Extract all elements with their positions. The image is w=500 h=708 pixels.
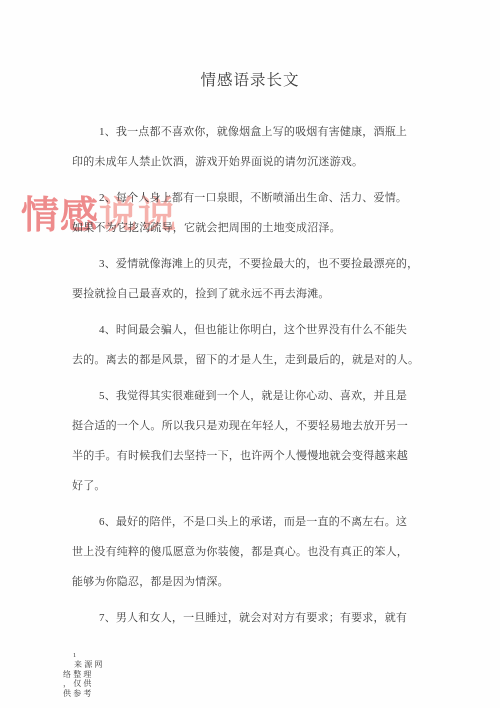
footnote-line: 供参考 (63, 689, 105, 699)
page-title: 情感语录长文 (0, 70, 500, 92)
paragraph-line: 能够为你隐忍，都是因为情深。 (72, 567, 442, 597)
paragraph-line: 好了。 (72, 471, 442, 501)
paragraph-line: 半的手。有时候我们去坚持一下，也许两个人慢慢地就会变得越来越 (72, 441, 442, 471)
paragraph-line: 3、爱情就像海滩上的贝壳，不要捡最大的，也不要捡最漂亮的， (72, 249, 442, 279)
paragraph-1: 1、我一点都不喜欢你，就像烟盒上写的吸烟有害健康，酒瓶上 印的未成年人禁止饮酒，… (72, 117, 442, 177)
paragraph-line: 4、时间最会骗人，但也能让你明白，这个世界没有什么不能失 (72, 315, 442, 345)
paragraph-line: 1、我一点都不喜欢你，就像烟盒上写的吸烟有害健康，酒瓶上 (72, 117, 442, 147)
paragraph-line: 6、最好的陪伴，不是口头上的承诺，而是一直的不离左右。这 (72, 507, 442, 537)
footnote-line: ，仅供 (63, 679, 105, 689)
paragraph-line: 世上没有纯粹的傻瓜愿意为你装傻，都是真心。也没有真正的笨人， (72, 537, 442, 567)
paragraph-line: 挺合适的一个人。所以我只是劝现在年轻人，不要轻易地去放开另一 (72, 411, 442, 441)
paragraph-line: 2、每个人身上都有一口泉眼，不断喷涌出生命、活力、爱情。 (72, 183, 442, 213)
paragraph-line: 印的未成年人禁止饮酒，游戏开始界面说的请勿沉迷游戏。 (72, 147, 442, 177)
footnote-line: 来源网 (63, 660, 105, 670)
paragraph-2: 2、每个人身上都有一口泉眼，不断喷涌出生命、活力、爱情。 如果不为它挖沟疏导，它… (72, 183, 442, 243)
document-body: 1、我一点都不喜欢你，就像烟盒上写的吸烟有害健康，酒瓶上 印的未成年人禁止饮酒，… (72, 117, 442, 639)
footnote-line: 络整理 (63, 670, 105, 680)
paragraph-line: 如果不为它挖沟疏导，它就会把周围的土地变成沼泽。 (72, 213, 442, 243)
paragraph-7: 7、男人和女人，一旦睡过，就会对对方有要求；有要求，就有 (72, 603, 442, 633)
paragraph-4: 4、时间最会骗人，但也能让你明白，这个世界没有什么不能失 去的。离去的都是风景，… (72, 315, 442, 375)
paragraph-line: 5、我觉得其实很难碰到一个人，就是让你心动、喜欢，并且是 (72, 381, 442, 411)
paragraph-5: 5、我觉得其实很难碰到一个人，就是让你心动、喜欢，并且是 挺合适的一个人。所以我… (72, 381, 442, 501)
paragraph-line: 7、男人和女人，一旦睡过，就会对对方有要求；有要求，就有 (72, 603, 442, 633)
footnote: 1 来源网 络整理 ，仅供 供参考 (63, 652, 105, 699)
document-page: 情感说说 情感语录长文 1、我一点都不喜欢你，就像烟盒上写的吸烟有害健康，酒瓶上… (0, 0, 500, 708)
footnote-marker: 1 (63, 652, 105, 660)
paragraph-line: 去的。离去的都是风景，留下的才是人生，走到最后的，就是对的人。 (72, 345, 442, 375)
paragraph-line: 要捡就捡自己最喜欢的，捡到了就永远不再去海滩。 (72, 279, 442, 309)
paragraph-6: 6、最好的陪伴，不是口头上的承诺，而是一直的不离左右。这 世上没有纯粹的傻瓜愿意… (72, 507, 442, 597)
paragraph-3: 3、爱情就像海滩上的贝壳，不要捡最大的，也不要捡最漂亮的， 要捡就捡自己最喜欢的… (72, 249, 442, 309)
